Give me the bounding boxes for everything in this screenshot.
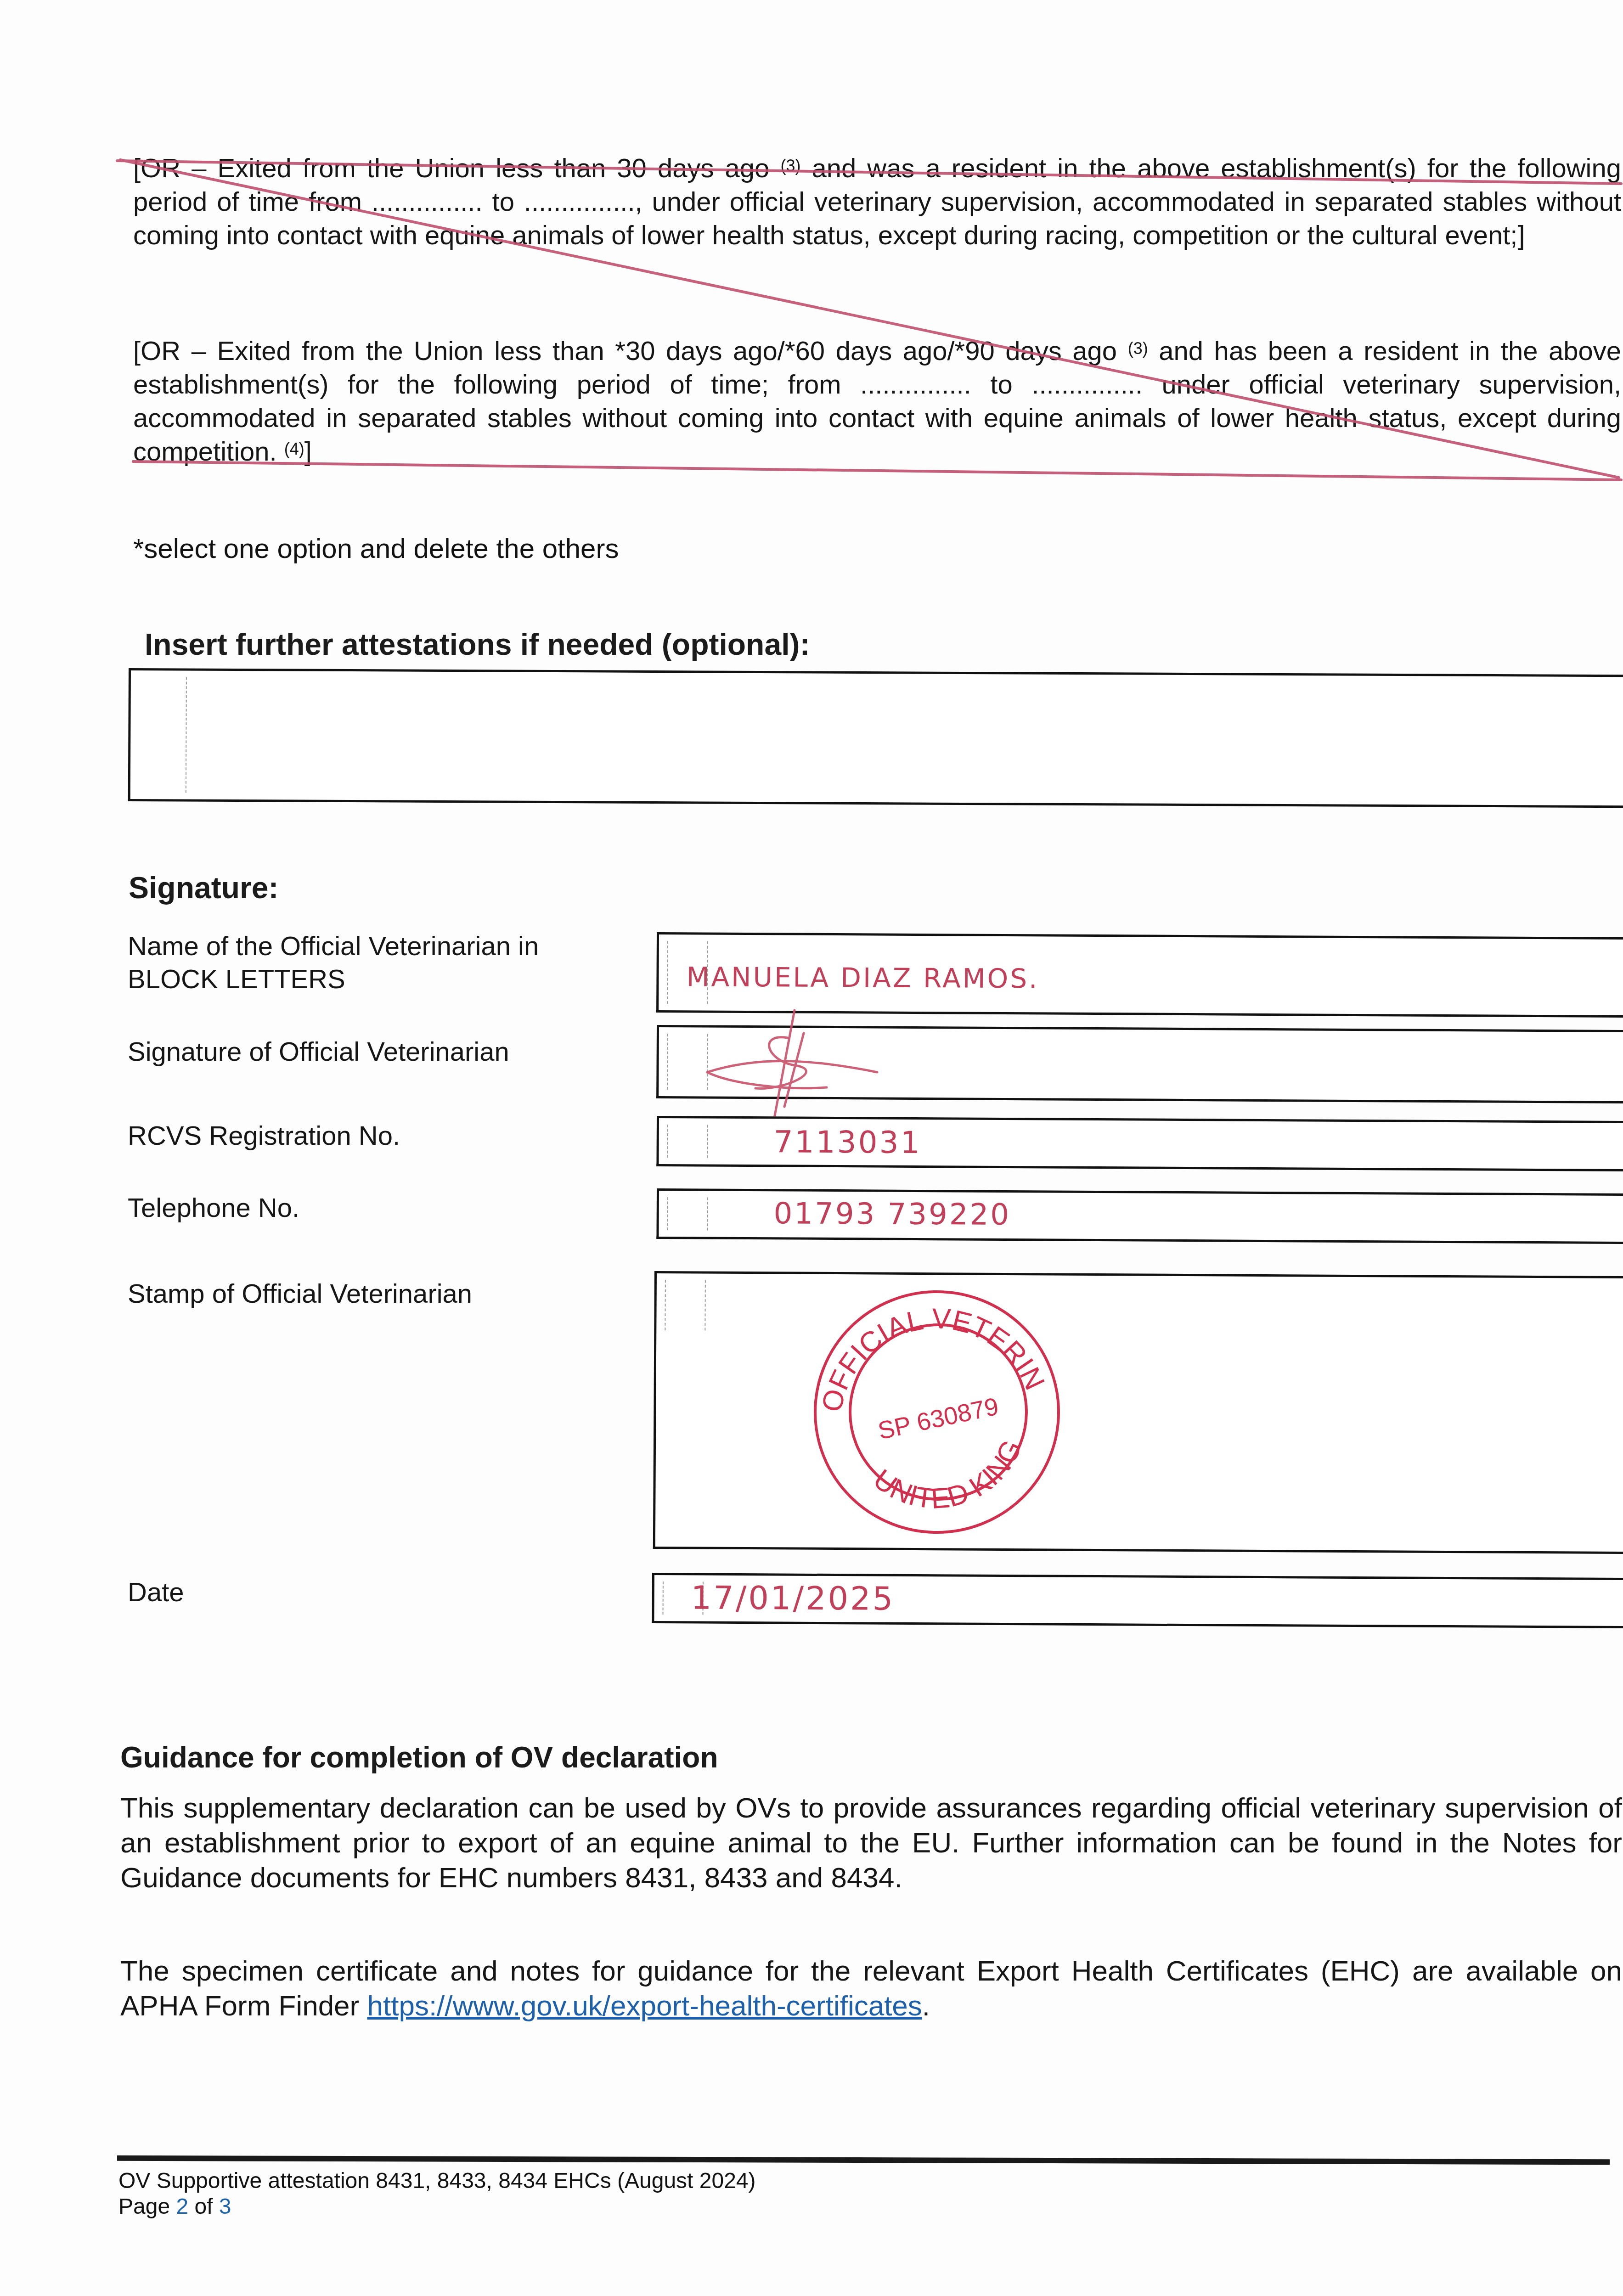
ov-name-label: Name of the Official Veterinarian in BLO… [128,930,633,996]
rcvs-label: RCVS Registration No. [128,1120,400,1153]
ov-signature-label: Signature of Official Veterinarian [128,1035,509,1069]
further-attestations-heading: Insert further attestations if needed (o… [145,627,810,662]
footer-title: OV Supportive attestation 8431, 8433, 84… [118,2168,756,2194]
deletion-strike-lines [0,0,1623,505]
field-guide-mark [707,1125,708,1158]
date-value: 17/01/2025 [691,1579,895,1617]
document-page: [OR – Exited from the Union less than 30… [0,0,1623,2296]
field-guide-mark [667,1034,668,1090]
ov-name-value: MANUELA DIAZ RAMOS. [686,961,1039,994]
rcvs-value: 7113031 [774,1124,922,1160]
current-page: 2 [176,2195,188,2219]
footer-divider [117,2155,1610,2165]
stamp-field[interactable] [653,1271,1623,1554]
telephone-value: 01793 739220 [774,1197,1011,1232]
field-guide-mark [707,1198,708,1231]
field-guide-mark [665,1280,666,1330]
stamp-label: Stamp of Official Veterinarian [128,1277,472,1311]
field-guide-mark [667,1125,668,1158]
stamp-center-text: SP 630879 [876,1392,1001,1445]
signature-heading: Signature: [129,870,278,905]
field-guide-mark [667,1197,668,1230]
page-indicator: Page 2 of 3 [118,2194,231,2220]
date-field[interactable]: 17/01/2025 [652,1573,1623,1628]
official-veterinarian-stamp: OFFICIAL VETERINARIAN UNITED KINGDOM SP … [808,1281,1065,1538]
svg-text:OFFICIAL VETERINARIAN: OFFICIAL VETERINARIAN [808,1281,1051,1415]
rcvs-field[interactable]: 7113031 [656,1116,1623,1171]
total-pages: 3 [219,2195,231,2219]
field-guide-mark [186,677,187,793]
specimen-note: The specimen certificate and notes for g… [120,1954,1622,2024]
export-health-certificates-link[interactable]: https://www.gov.uk/export-health-certifi… [367,1990,922,2022]
ov-name-field[interactable]: MANUELA DIAZ RAMOS. [656,932,1623,1018]
telephone-label: Telephone No. [128,1192,299,1225]
field-guide-mark [704,1280,706,1331]
guidance-heading: Guidance for completion of OV declaratio… [120,1740,718,1774]
select-one-note: *select one option and delete the others [133,533,619,564]
telephone-field[interactable]: 01793 739220 [656,1188,1623,1244]
handwritten-signature-icon [689,1006,974,1125]
guidance-body: This supplementary declaration can be us… [120,1791,1622,1896]
stamp-top-text: OFFICIAL VETERINARIAN [808,1281,1051,1415]
field-guide-mark [667,941,668,1004]
date-label: Date [128,1576,184,1609]
field-guide-mark [663,1581,664,1615]
further-attestations-field[interactable] [128,668,1623,808]
